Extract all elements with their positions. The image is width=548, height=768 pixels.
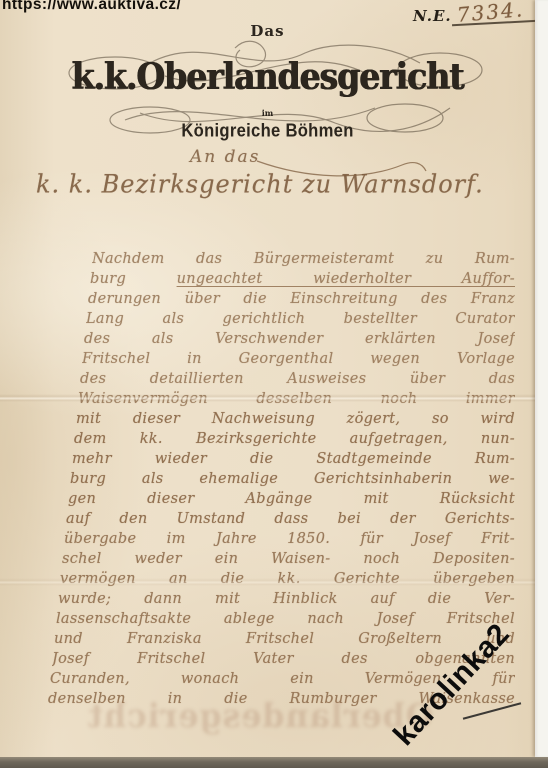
handwriting-line: und Franziska Fritschel Großeltern und — [54, 629, 515, 649]
letterhead-connector: im — [0, 108, 535, 118]
handwriting-line: gen dieser Abgänge mit Rücksicht — [68, 489, 515, 509]
handwriting-line: derungen über die Einschreitung des Fran… — [88, 289, 515, 309]
handwriting-line: auf den Umstand dass bei der Gerichts- — [66, 509, 515, 529]
handwriting-line: Fritschel in Georgenthal wegen Vorlage — [82, 349, 515, 369]
address-salutation: An das — [190, 147, 260, 167]
address-recipient: k. k. Bezirksgericht zu Warnsdorf. — [36, 169, 506, 198]
handwriting-line: mit dieser Nachweisung zögert, so wird — [76, 409, 515, 429]
handwriting-line: mehr wieder die Stadtgemeinde Rum- — [72, 449, 515, 469]
scan-edge-right — [535, 0, 548, 757]
handwriting-line: des als Verschwender erklärten Josef — [84, 329, 515, 349]
handwriting-line: burg als ehemalige Gerichtsinhaberin we- — [70, 469, 515, 489]
handwriting-line: dem kk. Bezirksgerichte aufgetragen, nun… — [74, 429, 515, 449]
auction-site-watermark: https://www.auktiva.cz/ — [2, 0, 181, 14]
reference-label: N.E. — [413, 7, 452, 25]
scanned-letter: Das k.k.Oberlandesgericht im Königreiche… — [0, 0, 548, 768]
handwriting-line: Nachdem das Bürgermeisteramt zu Rum- — [92, 249, 515, 269]
handwriting-line: wurde; dann mit Hinblick auf die Ver- — [58, 589, 515, 609]
handwriting-line: Lang als gerichtlich bestellter Curator — [86, 309, 515, 329]
handwriting-line: lassenschaftsakte ablege nach Josef Frit… — [56, 609, 515, 629]
letterhead-realm: Königreiche Böhmen — [13, 119, 521, 141]
handwriting-line: übergabe im Jahre 1850. für Josef Frit- — [64, 529, 515, 549]
letterhead-title: k.k.Oberlandesgericht — [0, 55, 535, 98]
fold-crease — [0, 394, 548, 402]
underlined-handwriting: ungeachtet wiederholter Auffor- — [177, 271, 515, 287]
handwriting-line: des detaillierten Ausweises über das — [80, 369, 515, 389]
handwriting-line: schel weder ein Waisen- noch Depositen- — [62, 549, 515, 569]
fold-crease — [0, 578, 548, 586]
body-lines: Nachdem das Bürgermeisteramt zu Rum-burg… — [40, 249, 515, 709]
handwriting-line: burg ungeachtet wiederholter Auffor- — [90, 269, 515, 289]
scan-edge-bottom — [0, 757, 548, 768]
